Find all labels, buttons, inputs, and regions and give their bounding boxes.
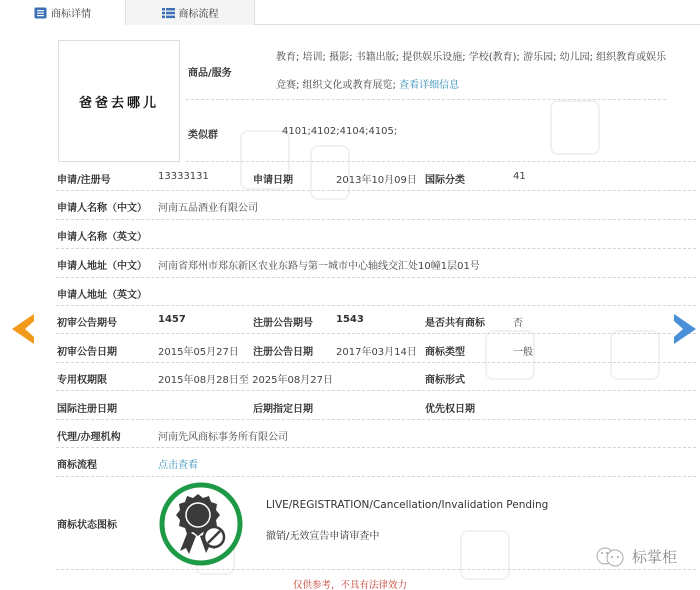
reg-date-value: 2017年03月14日 bbox=[336, 343, 417, 358]
address-cn-label: 申请人地址（中文） bbox=[57, 257, 147, 272]
prev-arrow-notch bbox=[25, 321, 34, 337]
tm-type-label: 商标类型 bbox=[425, 343, 465, 358]
process-view-link[interactable]: 点击查看 bbox=[158, 456, 198, 471]
address-cn-value: 河南省郑州市郑东新区农业东路与第一城市中心轴线交汇处10幢1层01号 bbox=[158, 257, 480, 272]
divider bbox=[56, 305, 696, 306]
divider bbox=[56, 277, 696, 278]
reg-issue-value: 1543 bbox=[336, 314, 364, 325]
priority-date-label: 优先权日期 bbox=[425, 400, 475, 415]
status-badge-icon bbox=[158, 481, 244, 567]
process-label: 商标流程 bbox=[57, 456, 97, 471]
divider bbox=[56, 248, 696, 249]
watermark bbox=[610, 330, 660, 380]
reg-date-label: 注册公告日期 bbox=[253, 343, 313, 358]
divider bbox=[56, 333, 696, 334]
trademark-image: 爸爸去哪儿 bbox=[58, 40, 180, 162]
intl-class-value: 41 bbox=[513, 171, 526, 182]
tab-trademark-process[interactable]: 商标流程 bbox=[125, 0, 255, 25]
shared-label: 是否共有商标 bbox=[425, 314, 485, 329]
tab-label: 商标详情 bbox=[51, 5, 91, 20]
address-en-label: 申请人地址（英文） bbox=[57, 286, 147, 301]
goods-value: 教育; 培训; 摄影; 书籍出版; 提供娱乐设施; 学校(教育); 游乐园; 幼… bbox=[276, 44, 676, 100]
shared-value: 否 bbox=[513, 314, 523, 329]
divider bbox=[186, 161, 696, 162]
prelim-date-value: 2015年05月27日 bbox=[158, 343, 239, 358]
tm-form-label: 商标形式 bbox=[425, 371, 465, 386]
agent-value: 河南先风商标事务所有限公司 bbox=[158, 428, 288, 443]
reg-no-value: 13333131 bbox=[158, 171, 209, 182]
divider bbox=[56, 419, 696, 420]
similar-group-value: 4101;4102;4104;4105; bbox=[282, 126, 397, 137]
tm-type-value: 一般 bbox=[513, 343, 533, 358]
prelim-date-label: 初审公告日期 bbox=[57, 343, 117, 358]
prelim-issue-label: 初审公告期号 bbox=[57, 314, 117, 329]
exclusive-period-label: 专用权期限 bbox=[57, 371, 107, 386]
applicant-cn-value: 河南五品酒业有限公司 bbox=[158, 199, 258, 214]
divider bbox=[186, 99, 666, 100]
similar-group-label: 类似群 bbox=[188, 126, 218, 141]
later-date-label: 后期指定日期 bbox=[253, 400, 313, 415]
status-text-en: LIVE/REGISTRATION/Cancellation/Invalidat… bbox=[266, 499, 548, 511]
next-arrow-notch bbox=[674, 321, 683, 337]
divider bbox=[56, 569, 696, 570]
divider bbox=[56, 476, 696, 477]
applicant-cn-label: 申请人名称（中文） bbox=[57, 199, 147, 214]
agent-label: 代理/办理机构 bbox=[57, 428, 121, 443]
divider bbox=[56, 190, 696, 191]
watermark bbox=[460, 530, 510, 580]
brand-name: 标掌柜 bbox=[632, 546, 677, 567]
disclaimer: 仅供参考，不具有法律效力 bbox=[0, 577, 700, 590]
status-icon-label: 商标状态图标 bbox=[57, 516, 117, 531]
watermark bbox=[550, 100, 600, 155]
exclusive-period-value: 2015年08月28日至 2025年08月27日 bbox=[158, 371, 333, 386]
intl-reg-date-label: 国际注册日期 bbox=[57, 400, 117, 415]
status-text-cn: 撤销/无效宣告申请审查中 bbox=[266, 527, 379, 542]
intl-class-label: 国际分类 bbox=[425, 171, 465, 186]
tab-bar: 商标详情 商标流程 bbox=[0, 0, 700, 25]
reg-no-label: 申请/注册号 bbox=[57, 171, 111, 186]
reg-issue-label: 注册公告期号 bbox=[253, 314, 313, 329]
apply-date-label: 申请日期 bbox=[253, 171, 293, 186]
divider bbox=[56, 447, 696, 448]
divider bbox=[56, 219, 696, 220]
tab-label: 商标流程 bbox=[179, 5, 219, 20]
divider bbox=[56, 362, 696, 363]
list-icon bbox=[162, 7, 175, 19]
applicant-en-label: 申请人名称（英文） bbox=[57, 228, 147, 243]
apply-date-value: 2013年10月09日 bbox=[336, 171, 417, 186]
divider bbox=[56, 390, 696, 391]
goods-label: 商品/服务 bbox=[188, 64, 232, 79]
chat-bubbles-icon bbox=[594, 547, 628, 567]
view-details-link[interactable]: 查看详细信息 bbox=[399, 80, 459, 91]
goods-text: 教育; 培训; 摄影; 书籍出版; 提供娱乐设施; 学校(教育); 游乐园; 幼… bbox=[276, 52, 666, 91]
tab-trademark-details[interactable]: 商标详情 bbox=[0, 0, 125, 25]
brand-watermark: 标掌柜 bbox=[594, 546, 677, 567]
document-list-icon bbox=[34, 7, 47, 19]
prelim-issue-value: 1457 bbox=[158, 314, 186, 325]
